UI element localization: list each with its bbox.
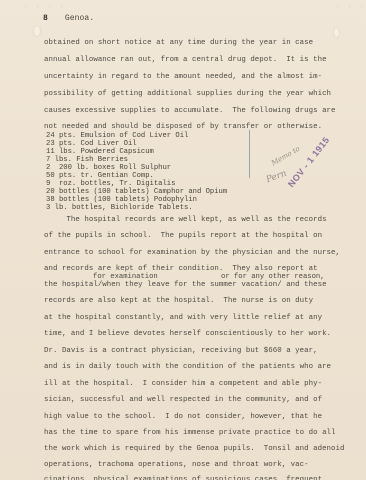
text-line: high value to the school. I do not consi… <box>44 413 322 421</box>
text-line: ill at the hospital. I consider him a co… <box>44 380 322 388</box>
list-item: 11 lbs. Powdered Capsicum <box>46 148 154 156</box>
typed-insertion: or for any other reason, <box>221 273 325 281</box>
date-stamp: NOV - 1 1915 <box>286 135 331 189</box>
text-line: cinations, physical examinations of susp… <box>44 476 322 480</box>
handwritten-initials: Pern <box>265 169 288 186</box>
text-line: the hospital/when they leave for the sum… <box>44 281 327 289</box>
text-line: sician, successful and well respected in… <box>44 396 322 404</box>
margin-line <box>249 130 250 178</box>
text-line: operations, trachoma operations, nose an… <box>44 461 309 469</box>
text-line: has the time to spare from his immense p… <box>44 429 336 437</box>
text-line: and records are kept of their condition.… <box>44 265 318 273</box>
paper-indent <box>34 26 40 36</box>
list-item: 23 pts. Cod Liver Oil <box>46 140 137 148</box>
page-title: Genoa. <box>65 14 94 23</box>
paper-indent <box>334 28 339 37</box>
text-line: of the pupils in school. The pupils repo… <box>44 232 322 240</box>
document-page: · · · · · · · 8 Genoa. obtained on short… <box>0 0 366 480</box>
text-line: not needed and should be disposed of by … <box>44 123 322 131</box>
text-line: time, and I believe devotes herself cons… <box>44 330 331 338</box>
typed-insertion: for examination <box>93 273 158 281</box>
text-line: at the hospital constantly, and with ver… <box>44 314 322 322</box>
paper-marks: · · · · <box>24 4 66 10</box>
list-item: 9 roz. bottles, Tr. Digitalis <box>46 180 175 188</box>
text-line: uncertainty in regard to the amount need… <box>44 73 322 81</box>
list-item: 24 pts. Emulsion of Cod Liver Oil <box>46 132 188 140</box>
list-item: 7 lbs. Fish Berries <box>46 156 128 164</box>
list-item: 50 pts. tr. Gentian Comp. <box>46 172 154 180</box>
text-line: entrance to school for examination by th… <box>44 249 340 257</box>
list-item: 38 bottles (100 tablets) Podophylin <box>46 196 197 204</box>
paper-marks: · · · <box>336 4 366 10</box>
handwritten-note: Memo to <box>270 145 301 168</box>
text-line: and is in daily touch with the condition… <box>44 363 331 371</box>
list-item: 2 200 lb. boxes Roll Sulphur <box>46 164 171 172</box>
page-header: 8 Genoa. <box>43 14 94 23</box>
text-line: Dr. Davis is a contract physician, recei… <box>44 347 318 355</box>
text-line: obtained on short notice at any time dur… <box>44 39 313 47</box>
text-line: records are also kept at the hospital. T… <box>44 297 313 305</box>
list-item: 3 lb. bottles, Bichloride Tablets. <box>46 204 193 212</box>
list-item: 20 bottles (100 tablets) Camphor and Opi… <box>46 188 227 196</box>
text-line: causes excessive supplies to accumulate.… <box>44 107 336 115</box>
text-line: The hospital records are well kept, as w… <box>44 216 327 224</box>
text-line: possibility of getting additional suppli… <box>44 90 331 98</box>
text-line: annual allowance ran out, from a central… <box>44 56 327 64</box>
text-line: the work which is required by the Genoa … <box>44 445 345 453</box>
page-number: 8 <box>43 14 48 23</box>
